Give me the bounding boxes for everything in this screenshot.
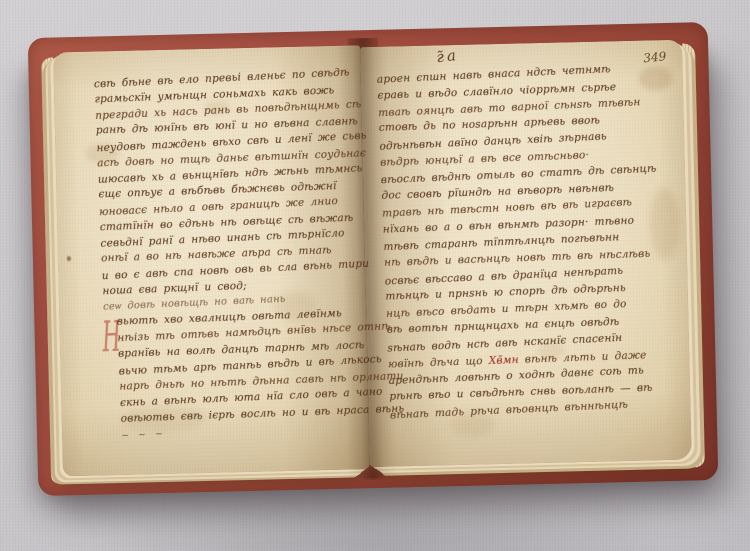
photo-background: свѣ бѣне вѣ ело превьі вленьє по свѣдѣ г… xyxy=(0,0,750,551)
paper-stain xyxy=(649,188,681,261)
header-flourish: г̃а xyxy=(435,46,460,67)
manuscript-text: ювїнѣ дѣча що xyxy=(388,354,489,370)
right-page-text: ароен єпшн навѣ внаса ндсѣ четнмѣ єравь … xyxy=(377,60,659,423)
left-page: свѣ бѣне вѣ ело превьі вленьє по свѣдѣ г… xyxy=(53,45,370,476)
manuscript-book: свѣ бѣне вѣ ело превьі вленьє по свѣдѣ г… xyxy=(28,22,719,496)
ink-dot xyxy=(67,256,71,261)
left-page-text: свѣ бѣне вѣ ело превьі вленьє по свѣдѣ г… xyxy=(94,65,367,445)
left-page-paragraph2: Н вьютѣ хво хвалницѣ овѣта левїнмь нѣізь… xyxy=(103,304,366,445)
red-ink-word: Хв̃мн xyxy=(489,353,519,366)
right-page: 349 г̃а ароен єпшн навѣ внаса ндсѣ четнм… xyxy=(360,40,692,467)
folio-number: 349 xyxy=(643,49,667,65)
